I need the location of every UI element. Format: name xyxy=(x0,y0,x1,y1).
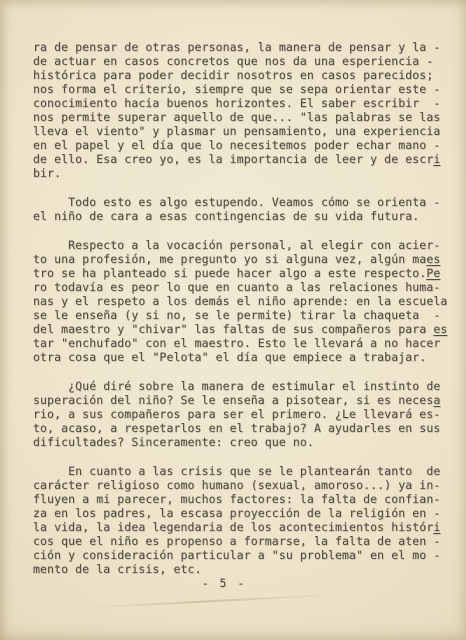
text-line: dificultades? Sinceramente: creo que no. xyxy=(33,435,453,449)
continuation-underline: es xyxy=(433,322,447,336)
continuation-underline: a xyxy=(433,393,440,407)
line-text: tro se ha planteado si puede hacer algo … xyxy=(33,266,426,280)
text-line: Respecto a la vocación personal, al eleg… xyxy=(33,238,453,252)
text-line: de actuar en casos concretos que nos da … xyxy=(33,54,453,68)
text-line: la vida, la idea legendaria de los acont… xyxy=(33,520,453,534)
paragraph: ra de pensar de otras personas, la maner… xyxy=(33,40,453,180)
line-text: superación del niño? Se le enseña a piso… xyxy=(33,393,433,407)
scanned-document: { "colors": { "paper": "#ede4ca", "ink":… xyxy=(0,0,466,640)
text-line: Todo esto es algo estupendo. Veamos cómo… xyxy=(33,195,453,209)
text-line: tro se ha planteado si puede hacer algo … xyxy=(33,266,453,280)
line-text: to una profesión, me pregunto yo si algu… xyxy=(33,252,426,266)
text-line: lleva el viento" y plasmar un pensamient… xyxy=(33,124,453,138)
text-line: rio, a sus compañeros para ser el primer… xyxy=(33,407,453,421)
text-line: to una profesión, me pregunto yo si algu… xyxy=(33,252,453,266)
text-line: za en los padres, la escasa proyección d… xyxy=(33,506,453,520)
text-line: se le enseña (y si no, se le permite) ti… xyxy=(33,308,453,322)
text-line: otra cosa que el "Pelota" el día que emp… xyxy=(33,350,453,364)
document-body: ra de pensar de otras personas, la maner… xyxy=(33,40,453,591)
text-line: En cuanto a las crisis que se le plantea… xyxy=(33,464,453,478)
text-line: en el papel y el día que lo necesitemos … xyxy=(33,138,453,152)
line-text: del maestro y "chivar" las faltas de sus… xyxy=(33,322,433,336)
text-line: mento de la crisis, etc. xyxy=(33,562,453,576)
paper-crease xyxy=(90,593,340,608)
continuation-underline: Pe xyxy=(426,266,440,280)
text-line: del maestro y "chivar" las faltas de sus… xyxy=(33,322,453,336)
line-text: de ello. Esa creo yo, es la importancia … xyxy=(33,152,433,166)
text-line: to, acaso, a respetarlos en el trabajo? … xyxy=(33,421,453,435)
page-number: - 5 - xyxy=(0,576,448,590)
text-line: fluyen a mi parecer, muchos factores: la… xyxy=(33,492,453,506)
paragraph: Todo esto es algo estupendo. Veamos cómo… xyxy=(33,195,453,223)
paragraph: En cuanto a las crisis que se le plantea… xyxy=(33,464,453,576)
continuation-underline: i xyxy=(433,520,440,534)
text-line: carácter religioso como humano (sexual, … xyxy=(33,478,453,492)
text-line: cos que el niño es propenso a formarse, … xyxy=(33,534,453,548)
document-page: ra de pensar de otras personas, la maner… xyxy=(0,0,466,640)
paragraph: ¿Qué diré sobre la manera de estimular e… xyxy=(33,379,453,449)
text-line: el niño de cara a esas contingencias de … xyxy=(33,209,453,223)
text-line: histórica para poder decidir nosotros en… xyxy=(33,68,453,82)
paragraph: Respecto a la vocación personal, al eleg… xyxy=(33,238,453,364)
text-line: nos permite superar aquello de que... "l… xyxy=(33,110,453,124)
text-line: ¿Qué diré sobre la manera de estimular e… xyxy=(33,379,453,393)
continuation-underline: i xyxy=(433,152,440,166)
text-line: bir. xyxy=(33,166,453,180)
text-line: nas y el respeto a los demás el niño apr… xyxy=(33,294,453,308)
text-line: ción y consideración particular a "su pr… xyxy=(33,548,453,562)
line-text: la vida, la idea legendaria de los acont… xyxy=(33,520,433,534)
text-line: superación del niño? Se le enseña a piso… xyxy=(33,393,453,407)
text-line: ro todavía es peor lo que en cuanto a la… xyxy=(33,280,453,294)
text-line: de ello. Esa creo yo, es la importancia … xyxy=(33,152,453,166)
text-line: nos forma el criterio, siempre que se se… xyxy=(33,82,453,96)
continuation-underline: es xyxy=(426,252,440,266)
text-line: tar "enchufado" con el maestro. Esto le … xyxy=(33,336,453,350)
text-line: conocimiento hacia buenos horizontes. El… xyxy=(33,96,453,110)
text-line: ra de pensar de otras personas, la maner… xyxy=(33,40,453,54)
